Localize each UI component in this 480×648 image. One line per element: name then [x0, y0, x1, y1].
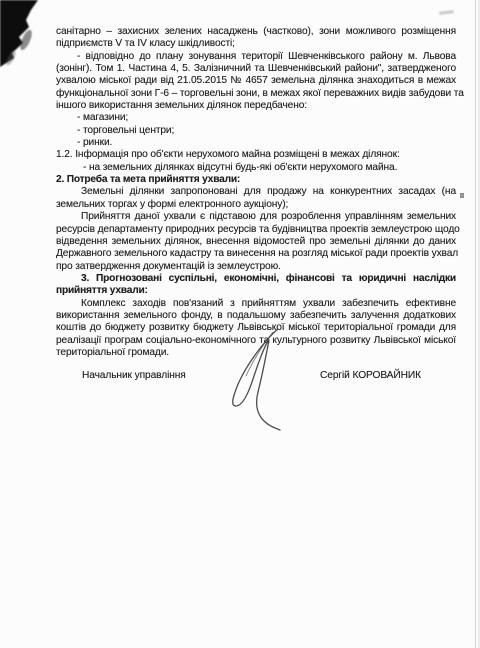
text-line: функціональної зони Г-6 – торговельні зо…	[56, 88, 456, 100]
section-3-heading: 3. Прогнозовані суспільні, економічні, ф…	[56, 273, 456, 285]
text-line: (зонінг). Том 1. Частина 4, 5. Залізничн…	[56, 63, 456, 75]
list-item: - торговельні центри;	[56, 125, 456, 137]
document-page: санітарно – захисних зелених насаджень (…	[0, 0, 480, 648]
clause-1-2: 1.2. Інформація про об'єкти нерухомого м…	[56, 149, 456, 161]
text-line: відведення земельних ділянок, внесення в…	[56, 236, 456, 248]
text-line: - відповідно до плану зонування територі…	[56, 51, 456, 63]
text-line: про затвердження документацій із землеус…	[56, 261, 456, 273]
text-line: Прийняття даної ухвали є підставою для р…	[56, 211, 456, 223]
signature-stroke	[215, 322, 300, 437]
scan-speck	[460, 193, 464, 198]
text-line: іншого використання земельних ділянок пе…	[56, 100, 456, 112]
list-item: - ринки.	[56, 137, 456, 149]
text-line: Земельні ділянки запропоновані для прода…	[56, 186, 456, 198]
text-line: використання земельного фонду, в подальш…	[56, 310, 456, 322]
section-2-heading: 2. Потреба та мета прийняття ухвали:	[56, 174, 456, 186]
section-3-heading: прийняття ухвали:	[56, 285, 456, 297]
text-line: ресурсів департаменту природних ресурсів…	[56, 224, 456, 236]
document-text-block: санітарно – захисних зелених насаджень (…	[56, 26, 456, 359]
text-line: санітарно – захисних зелених насаджень (…	[56, 26, 456, 38]
list-item: - на земельних ділянках відсутні будь-як…	[56, 162, 456, 174]
signer-name: Сергій КОРОВАЙНИК	[320, 370, 421, 381]
scan-edge-line	[475, 0, 476, 648]
text-line: земельних торгах у формі електронного ау…	[56, 199, 456, 211]
text-line: Державного земельного кадастру та винесе…	[56, 248, 456, 260]
list-item: - магазини;	[56, 112, 456, 124]
signer-position: Начальник управління	[82, 370, 186, 381]
text-line: ухвалою міської ради від 21.05.2015 № 46…	[56, 75, 456, 87]
scan-smudge	[439, 10, 454, 15]
text-line: Комплекс заходів пов'язаний з прийняттям…	[56, 298, 456, 310]
text-line: підприємств V та IV класу шкідливості;	[56, 38, 456, 50]
corner-fold-mark	[0, 0, 60, 85]
